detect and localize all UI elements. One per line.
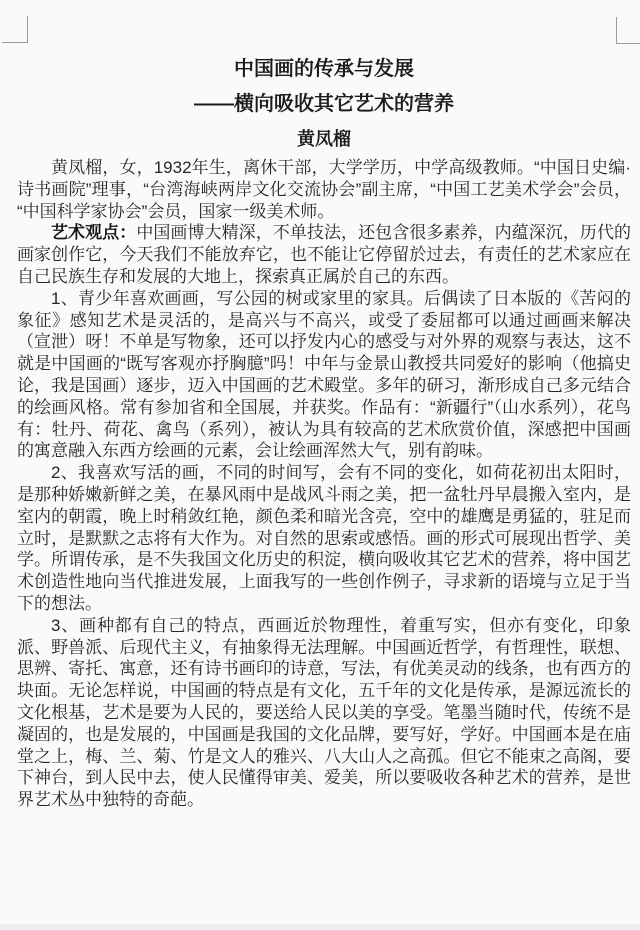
paragraph-lead: 艺术观点： <box>51 223 136 242</box>
paragraph-text: 黄凤榴，女，1932年生，离休干部，大学学历，中学高级教师。“中国日史编·诗书画… <box>17 158 631 221</box>
document-body: 黄凤榴，女，1932年生，离休干部，大学学历，中学高级教师。“中国日史编·诗书画… <box>17 157 631 811</box>
crop-mark-top-right-vertical <box>616 17 617 44</box>
crop-mark-top-left-horizontal <box>2 42 28 43</box>
paragraph-text: 2、我喜欢写活的画，不同的时间写，会有不同的变化，如荷花初出太阳时，是那种娇嫩新… <box>17 463 631 613</box>
document-subtitle: ——横向吸收其它艺术的营养 <box>17 87 631 122</box>
document-title: 中国画的传承与发展 <box>17 52 631 87</box>
paragraph-item-3: 3、画种都有自己的特点，西画近於物理性，着重写实，但亦有变化，印象派、野兽派、后… <box>17 615 631 811</box>
document-page: { "page": { "background": "#fbfafa", "te… <box>0 0 640 930</box>
paragraph-bio: 黄凤榴，女，1932年生，离休干部，大学学历，中学高级教师。“中国日史编·诗书画… <box>17 157 631 222</box>
screenshot-bottom-edge <box>0 924 640 930</box>
paragraph-text: 1、青少年喜欢画画，写公园的树或家里的家具。后偶读了日本版的《苦闷的象征》感知艺… <box>17 289 631 461</box>
paragraph-item-1: 1、青少年喜欢画画，写公园的树或家里的家具。后偶读了日本版的《苦闷的象征》感知艺… <box>17 288 631 462</box>
document-author: 黄凤榴 <box>17 122 631 157</box>
crop-mark-top-right-horizontal <box>616 43 640 44</box>
paragraph-item-2: 2、我喜欢写活的画，不同的时间写，会有不同的变化，如荷花初出太阳时，是那种娇嫩新… <box>17 462 631 615</box>
paragraph-art-viewpoint: 艺术观点：中国画博大精深，不单技法，还包含很多素养，内蕴深沉，历代的画家创作它，… <box>17 222 631 287</box>
document-content: 中国画的传承与发展 ——横向吸收其它艺术的营养 黄凤榴 黄凤榴，女，1932年生… <box>0 0 640 811</box>
paragraph-text: 3、画种都有自己的特点，西画近於物理性，着重写实，但亦有变化，印象派、野兽派、后… <box>17 616 631 809</box>
crop-mark-top-left-vertical <box>27 16 28 43</box>
